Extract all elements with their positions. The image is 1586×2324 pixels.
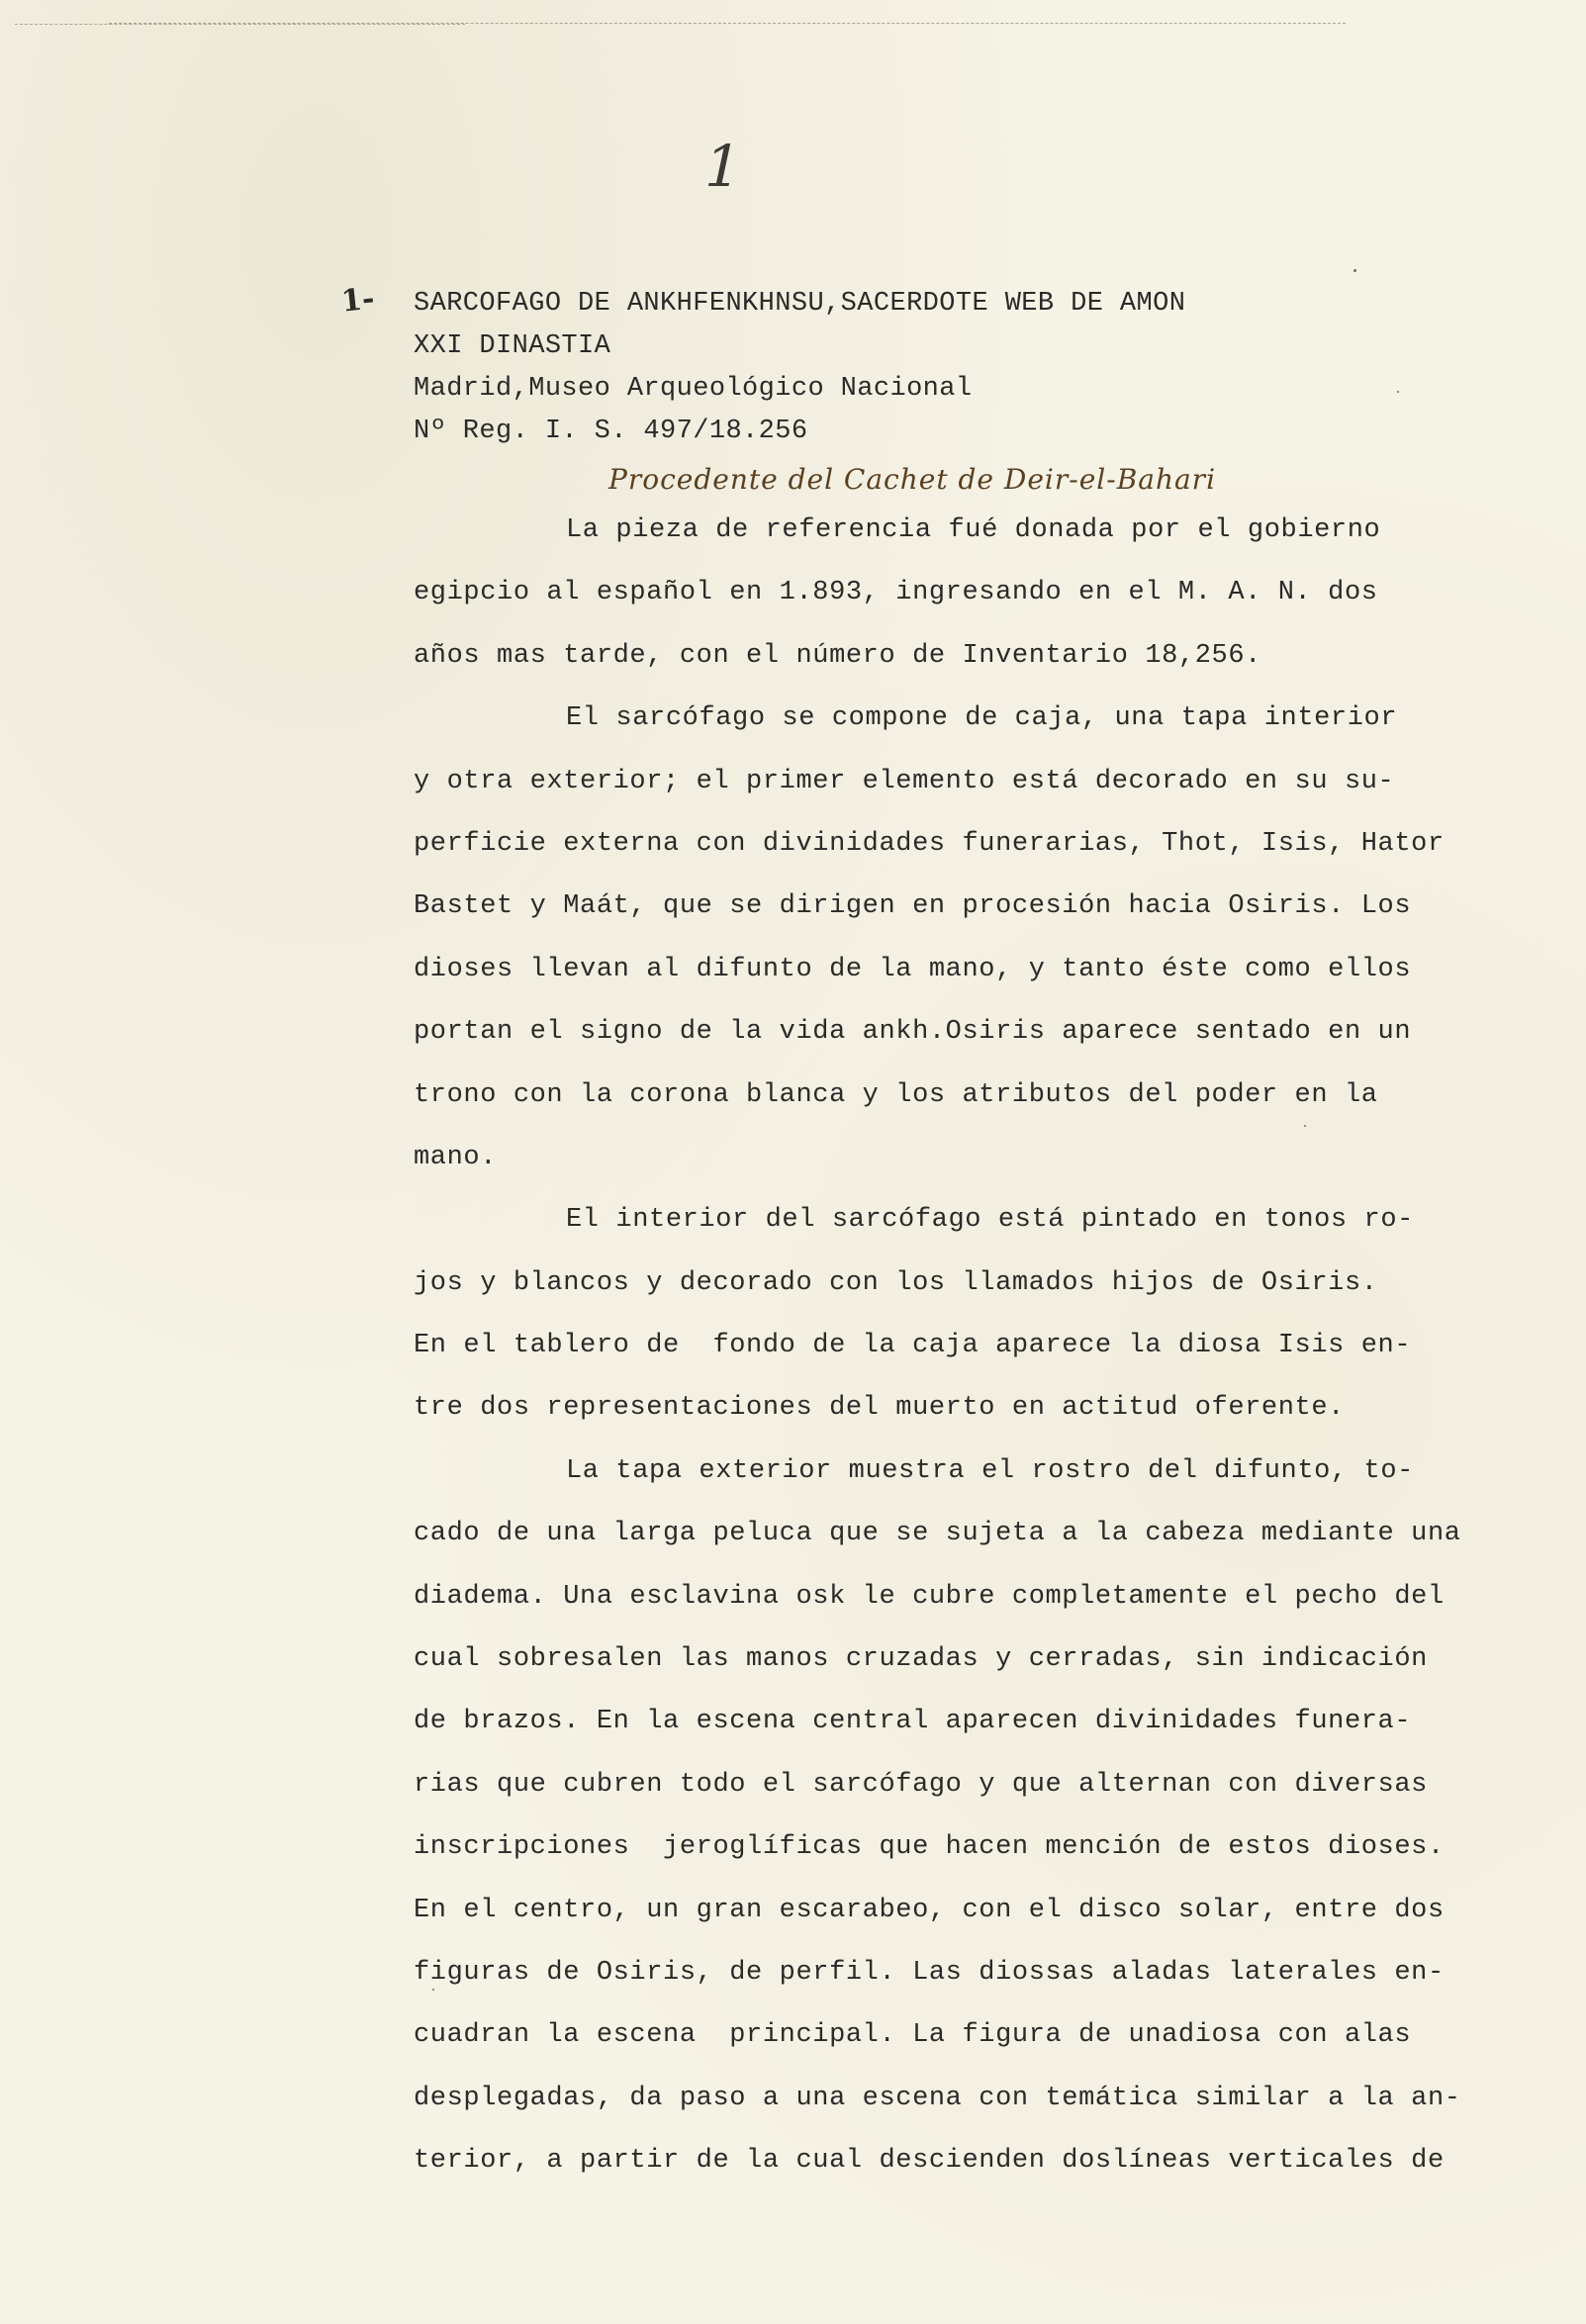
body-line: cual sobresalen las manos cruzadas y cer…: [414, 1628, 1551, 1691]
top-edge-rule: [15, 24, 465, 25]
dynasty-line: XXI DINASTIA: [414, 325, 1185, 368]
body-line: El sarcófago se compone de caja, una tap…: [414, 688, 1551, 750]
body-line: En el tablero de fondo de la caja aparec…: [414, 1315, 1551, 1377]
paper-speck: [432, 1989, 434, 1991]
top-edge-rule: [109, 23, 1346, 24]
body-line: diadema. Una esclavina osk le cubre comp…: [414, 1566, 1551, 1628]
body-line: Bastet y Maát, que se dirigen en procesi…: [414, 876, 1551, 938]
body-line: En el centro, un gran escarabeo, con el …: [414, 1880, 1551, 1942]
body-line: desplegadas, da paso a una escena con te…: [414, 2068, 1551, 2130]
body-line: La tapa exterior muestra el rostro del d…: [414, 1441, 1551, 1503]
handwritten-item-marker: 1-: [339, 281, 376, 319]
body-line: de brazos. En la escena central aparecen…: [414, 1691, 1551, 1753]
body-line: portan el signo de la vida ankh.Osiris a…: [414, 1001, 1551, 1064]
body-line: trono con la corona blanca y los atribut…: [414, 1065, 1551, 1127]
handwritten-page-number: 1: [698, 133, 748, 200]
body-line: inscripciones jeroglíficas que hacen men…: [414, 1816, 1551, 1879]
body-line: terior, a partir de la cual descienden d…: [414, 2130, 1551, 2192]
document-body: La pieza de referencia fué donada por el…: [414, 500, 1551, 2193]
body-line: egipcio al español en 1.893, ingresando …: [414, 562, 1551, 624]
body-line: cuadran la escena principal. La figura d…: [414, 2004, 1551, 2067]
body-line: jos y blancos y decorado con los llamado…: [414, 1253, 1551, 1315]
body-line: años mas tarde, con el número de Inventa…: [414, 625, 1551, 688]
body-line: figuras de Osiris, de perfil. Las diossa…: [414, 1942, 1551, 2004]
body-line: cado de una larga peluca que se sujeta a…: [414, 1503, 1551, 1565]
registry-line: Nº Reg. I. S. 497/18.256: [414, 411, 1185, 453]
body-line: rias que cubren todo el sarcófago y que …: [414, 1754, 1551, 1816]
body-line: dioses llevan al difunto de la mano, y t…: [414, 939, 1551, 1001]
body-line: perficie externa con divinidades funerar…: [414, 813, 1551, 876]
paper-speck: [1353, 269, 1356, 272]
location-line: Madrid,Museo Arqueológico Nacional: [414, 368, 1185, 411]
document-header: SARCOFAGO DE ANKHFENKHNSU,SACERDOTE WEB …: [414, 283, 1185, 453]
body-line: tre dos representaciones del muerto en a…: [414, 1377, 1551, 1440]
document-page: 1 1- SARCOFAGO DE ANKHFENKHNSU,SACERDOTE…: [0, 0, 1586, 2324]
handwritten-provenance-note: Procedente del Cachet de Deir-el-Bahari: [608, 463, 1216, 496]
paper-speck: [1397, 391, 1399, 393]
paper-speck: [1304, 1125, 1306, 1127]
body-line: mano.: [414, 1127, 1551, 1189]
body-line: El interior del sarcófago está pintado e…: [414, 1189, 1551, 1252]
body-line: y otra exterior; el primer elemento está…: [414, 751, 1551, 813]
body-line: La pieza de referencia fué donada por el…: [414, 500, 1551, 562]
document-title: SARCOFAGO DE ANKHFENKHNSU,SACERDOTE WEB …: [414, 283, 1185, 325]
